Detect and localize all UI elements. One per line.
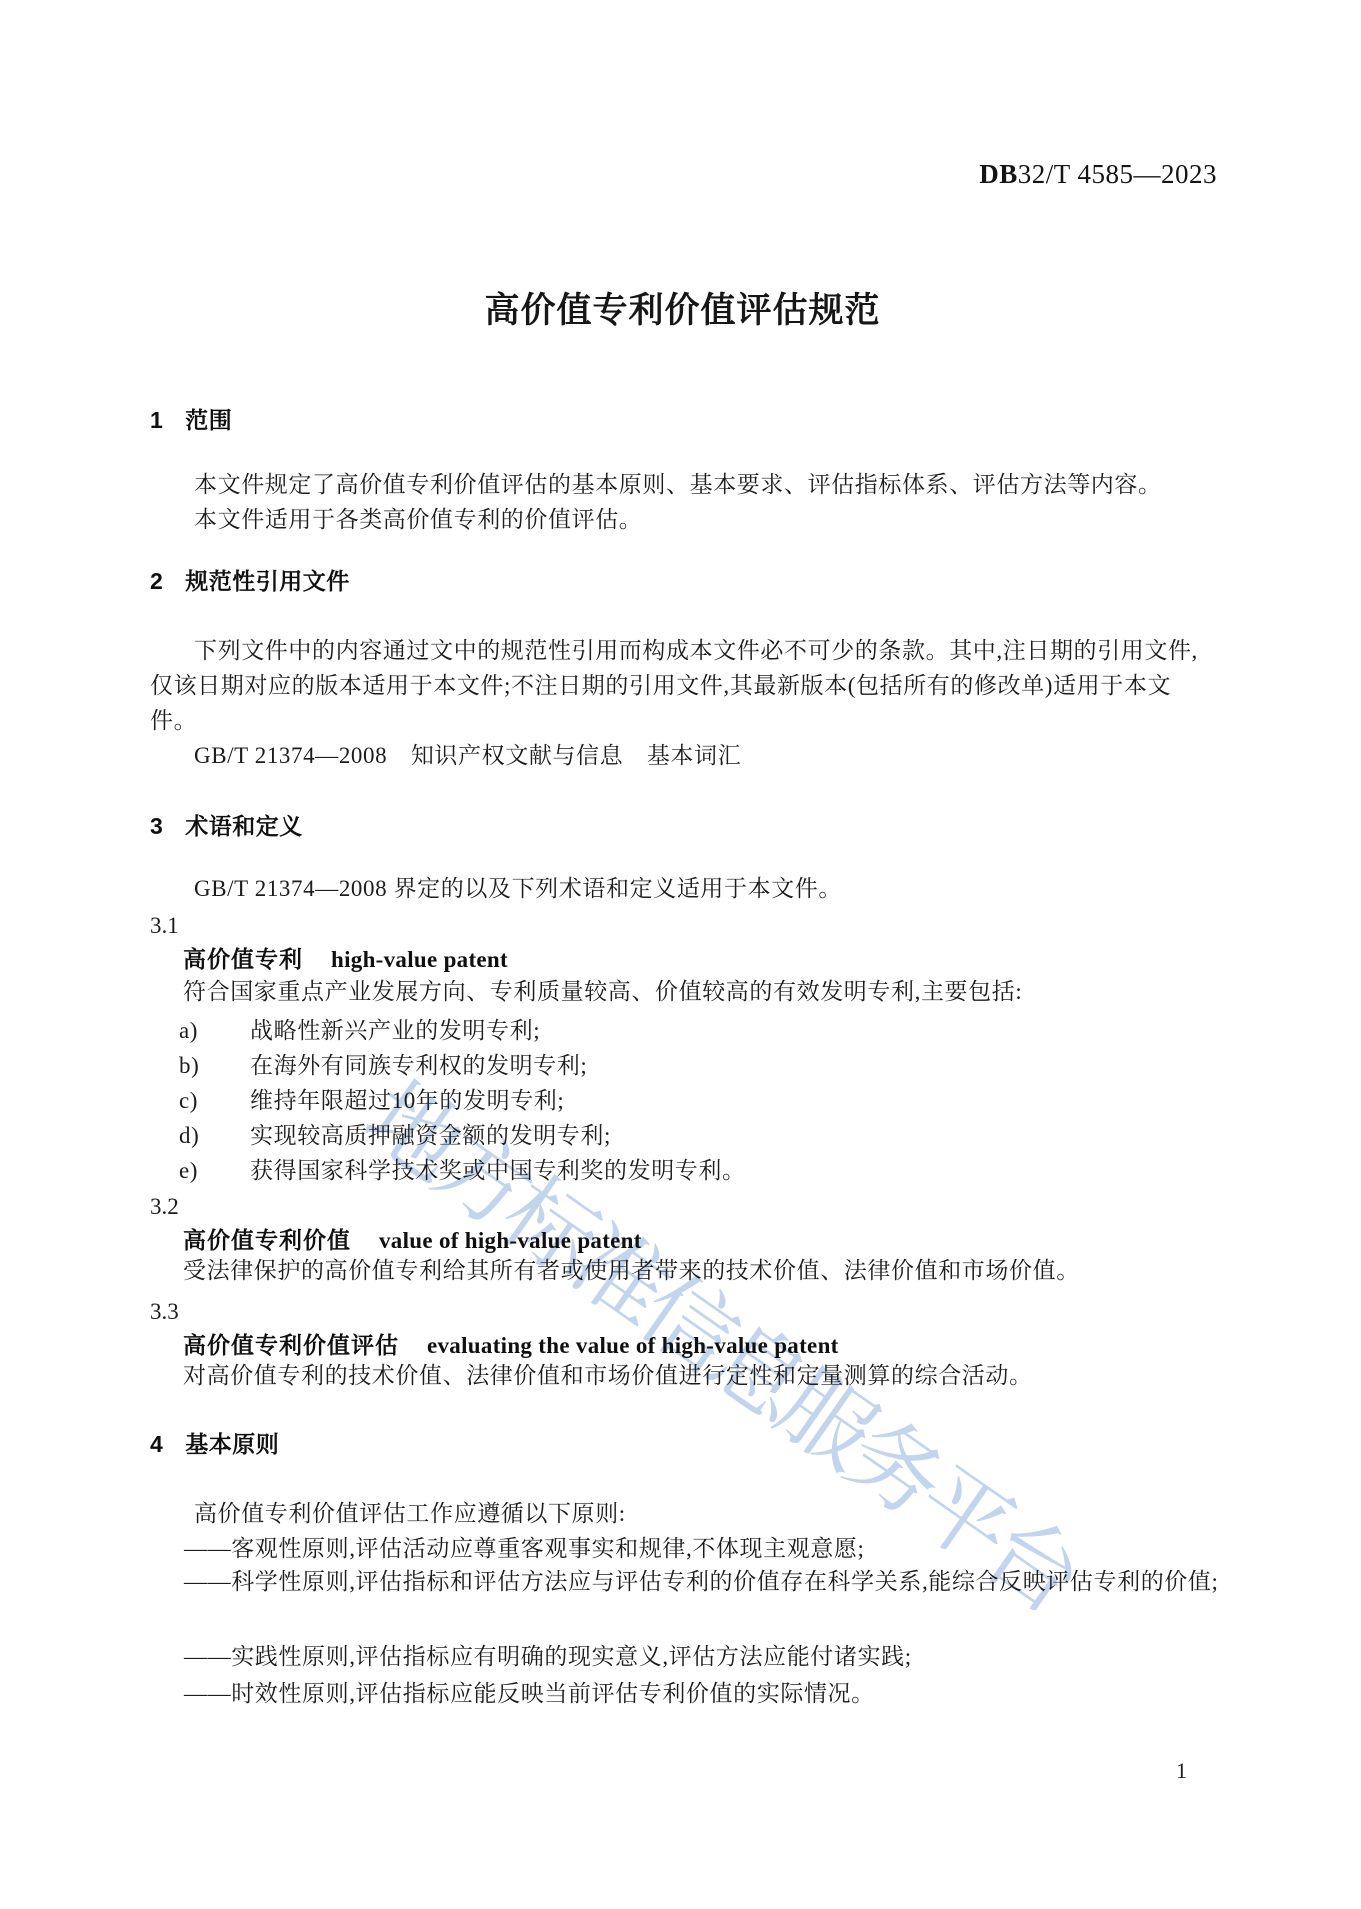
term-3-1-definition: 符合国家重点产业发展方向、专利质量较高、价值较高的有效发明专利,主要包括: <box>150 974 1248 1009</box>
list-item-a-text: 战略性新兴产业的发明专利; <box>250 1018 540 1043</box>
term-3-1-number: 3.1 <box>150 908 1215 943</box>
list-item-c-text: 维持年限超过10年的发明专利; <box>250 1088 564 1113</box>
section-2-paragraph: 下列文件中的内容通过文中的规范性引用而构成本文件必不可少的条款。其中,注日期的引… <box>150 633 1215 738</box>
section-1-number: 1 <box>150 407 163 433</box>
list-item-b-label: b) <box>179 1048 250 1083</box>
term-3-2-zh: 高价值专利价值 <box>183 1227 351 1253</box>
section-2-title: 规范性引用文件 <box>185 568 350 594</box>
page-number: 1 <box>1176 1756 1187 1786</box>
list-item-d-text: 实现较高质押融资金额的发明专利; <box>250 1123 611 1148</box>
content-layer: DB32/T 4585—2023 高价值专利价值评估规范 1范围 本文件规定了高… <box>0 0 1361 1909</box>
principle-timeliness: ——时效性原则,评估指标应能反映当前评估专利价值的实际情况。 <box>150 1676 1267 1711</box>
document-page: 地方标准信息服务平台 DB32/T 4585—2023 高价值专利价值评估规范 … <box>0 0 1361 1909</box>
list-item-e-text: 获得国家科学技术奖或中国专利奖的发明专利。 <box>250 1158 746 1183</box>
term-3-3-en: evaluating the value of high-value paten… <box>427 1333 839 1358</box>
term-3-3-definition: 对高价值专利的技术价值、法律价值和市场价值进行定性和定量测算的综合活动。 <box>150 1358 1248 1393</box>
list-item-c: c)维持年限超过10年的发明专利; <box>150 1083 1244 1118</box>
section-2-reference: GB/T 21374—2008 知识产权文献与信息 基本词汇 <box>150 738 1215 773</box>
list-item-a-label: a) <box>179 1013 250 1048</box>
section-1-heading: 1范围 <box>150 405 1215 435</box>
term-3-1-zh: 高价值专利 <box>183 946 303 972</box>
list-item-c-label: c) <box>179 1083 250 1118</box>
section-3-title: 术语和定义 <box>185 813 303 839</box>
term-3-2-en: value of high-value patent <box>379 1228 642 1253</box>
list-item-b-text: 在海外有同族专利权的发明专利; <box>250 1053 587 1078</box>
doc-number-rest: 32/T 4585—2023 <box>1018 159 1217 189</box>
section-2-heading: 2规范性引用文件 <box>150 566 1215 596</box>
section-1-paragraph-1: 本文件规定了高价值专利价值评估的基本原则、基本要求、评估指标体系、评估方法等内容… <box>150 467 1215 502</box>
list-item-d-label: d) <box>179 1118 250 1153</box>
list-item-e: e)获得国家科学技术奖或中国专利奖的发明专利。 <box>150 1153 1244 1188</box>
term-3-1-heading: 高价值专利high-value patent <box>150 943 1248 976</box>
list-item-e-label: e) <box>179 1153 250 1188</box>
doc-number-prefix: DB <box>979 159 1018 189</box>
section-4-number: 4 <box>150 1431 163 1457</box>
section-4-heading: 4基本原则 <box>150 1429 1215 1459</box>
section-4-title: 基本原则 <box>185 1431 279 1457</box>
section-1-title: 范围 <box>185 407 232 433</box>
section-1-paragraph-2: 本文件适用于各类高价值专利的价值评估。 <box>150 502 1215 537</box>
section-3-intro: GB/T 21374—2008 界定的以及下列术语和定义适用于本文件。 <box>150 871 1215 906</box>
section-4-intro: 高价值专利价值评估工作应遵循以下原则: <box>150 1496 1215 1531</box>
section-3-heading: 3术语和定义 <box>150 811 1215 841</box>
list-item-a: a)战略性新兴产业的发明专利; <box>150 1013 1244 1048</box>
doc-title: 高价值专利价值评估规范 <box>150 288 1215 334</box>
term-3-3-zh: 高价值专利价值评估 <box>183 1332 399 1358</box>
term-3-2-number: 3.2 <box>150 1189 1215 1224</box>
term-3-2-definition: 受法律保护的高价值专利给其所有者或使用者带来的技术价值、法律价值和市场价值。 <box>150 1253 1248 1288</box>
section-2-number: 2 <box>150 568 163 594</box>
list-item-b: b)在海外有同族专利权的发明专利; <box>150 1048 1244 1083</box>
principle-practicality: ——实践性原则,评估指标应有明确的现实意义,评估方法应能付诸实践; <box>150 1639 1267 1674</box>
term-3-3-number: 3.3 <box>150 1294 1215 1329</box>
principle-scientific: ——科学性原则,评估指标和评估方法应与评估专利的价值存在科学关系,能综合反映评估… <box>150 1564 1267 1599</box>
term-3-1-en: high-value patent <box>331 947 508 972</box>
list-item-d: d)实现较高质押融资金额的发明专利; <box>150 1118 1244 1153</box>
doc-number: DB32/T 4585—2023 <box>979 158 1217 190</box>
section-3-number: 3 <box>150 813 163 839</box>
principle-objectivity: ——客观性原则,评估活动应尊重客观事实和规律,不体现主观意愿; <box>150 1531 1267 1566</box>
